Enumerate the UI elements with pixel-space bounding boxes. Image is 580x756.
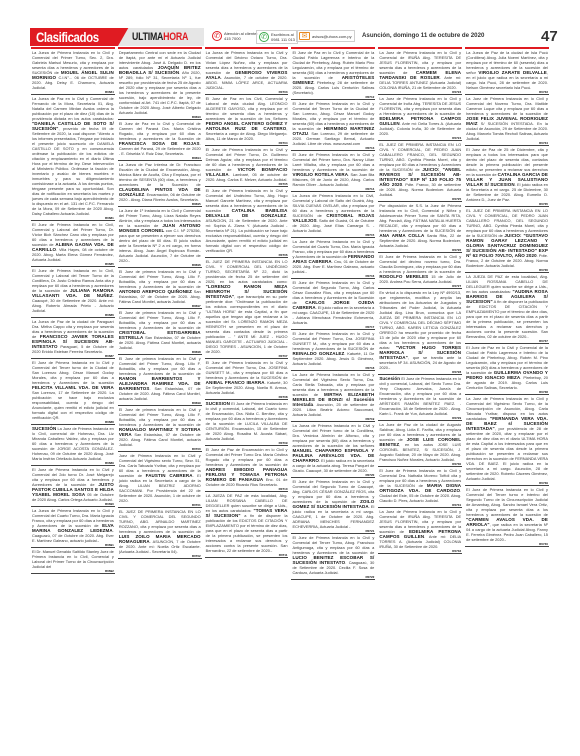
notice-reference: R0685 [32, 262, 114, 266]
contact-whatsapp: ✆ Escribinos al0981 111 013 [256, 30, 298, 44]
notice-text: EL JUEZ DE PRIMERA INSTANCIA EN LO CIVIL… [206, 259, 288, 284]
notice-reference: R0695 [119, 202, 201, 206]
notice-text: El Juez de primera Instancia en lo Civil… [119, 356, 201, 376]
classified-column-5: La Juez de Primera Instancia en lo Civil… [378, 47, 462, 749]
notice-text: El Juez de primera Instancia en lo Civil… [119, 310, 201, 330]
legal-notice: La Juez de Primera Instancia en lo Civil… [291, 238, 375, 279]
notice-reference: R0706 [206, 253, 288, 257]
notice-text: El Juez de Primera Instancia en lo Civil… [292, 152, 374, 172]
legal-notice: SUCESIÓN La Juez de Primera Instancia en… [31, 425, 115, 466]
notice-reference: R0739 [466, 481, 548, 485]
notice-reference: R0684 [32, 90, 114, 94]
legal-notice: La Juez de 1º Instancia en lo Civil y Co… [118, 207, 202, 268]
notice-text: con C.I. Nº 275256, para que se presente… [119, 228, 201, 263]
legal-notice: El Juez de Primera Instancia en lo Civil… [465, 486, 549, 547]
notice-text: El Juez de Paz de Encarnación en lo Civi… [206, 447, 288, 467]
notice-text: El Juez de primera Instancia en lo Civil… [119, 269, 201, 289]
notice-reference: R0687 [32, 354, 114, 358]
legal-notice: Por disposición de S.S. la Juez de Prime… [378, 202, 462, 253]
legal-notice: Juez de Primera Instancia en lo Civil y … [118, 452, 202, 508]
legal-notice: El Juez de Primera Instancia en lo Civil… [205, 359, 289, 400]
page-number: 47 [541, 28, 558, 45]
notice-reference: R0709 [206, 441, 288, 445]
phone-icon: ✆ [212, 31, 222, 41]
classified-column-6: La Jueza de Paz de la ciudad de Isla Puc… [465, 47, 549, 749]
notice-text: . El juicio radica en la Secretaría a ca… [119, 473, 201, 503]
notice-text: En virtud a lo dispuesto en la Ley Nº 49… [379, 290, 461, 350]
legal-notice: El Juez de Paz en lo Civil y Comercial d… [118, 120, 202, 161]
legal-notice: SUCESION El Juez de Primera Instancia en… [205, 400, 289, 446]
legal-notice: El Juez de Paz de Encarnación en lo Civi… [205, 446, 289, 492]
notice-reference: R0721 [292, 529, 374, 533]
legal-notice: El Juez de Paz en los Civil, Comercial y… [205, 95, 289, 146]
notice-text: , por providencia de 28 de setiembre de … [466, 426, 548, 481]
notice-text: El Juez de Primera Instancia en lo civil… [379, 376, 461, 416]
notice-reference: R0732 [379, 549, 461, 553]
notice-text: a fin de disponer la publicación de los … [206, 513, 288, 553]
notice-text: S/ SUCESIÓN INTESTADA. En la ciudad de A… [466, 121, 548, 141]
notice-reference: R0728 [379, 370, 461, 374]
legal-notice: La Jueza de Primera Instancia en lo Civi… [31, 49, 115, 95]
legal-notice: En virtud a lo dispuesto en la Ley Nº 49… [378, 289, 462, 375]
notice-reference: R0708 [206, 395, 288, 399]
notice-text: La Jueza de Primera Instancia en lo Civi… [292, 423, 374, 448]
notice-reference: R0726 [379, 248, 461, 252]
mail-icon: ✉ [299, 32, 310, 40]
legal-notice: El Juez de Primera Instancia en lo Civil… [378, 467, 462, 508]
notice-reference: R0736 [466, 268, 548, 272]
notice-reference: R0734 [466, 141, 548, 145]
dateline: Asunción, domingo 11 de octubre de 2020 [362, 32, 484, 39]
notice-text: La Juez de Primera Instancia en lo Civil… [379, 96, 461, 116]
notice-reference: R0693 [119, 115, 201, 119]
notice-reference: R0691 [32, 543, 114, 547]
notice-reference: R0719 [292, 417, 374, 421]
notice-reference: R0707 [206, 354, 288, 358]
legal-notice: EL JUEZ DE PRIMERA INSTANCIA EN LO CIVIL… [378, 141, 462, 202]
notice-reference: R0717 [292, 325, 374, 329]
notice-reference: R0681 [32, 216, 114, 220]
legal-notice: El Juez de primera Instancia en lo Civil… [118, 309, 202, 355]
legal-notice: La Jueza de Primera Instancia en lo Civi… [205, 49, 289, 95]
notice-reference: R0723 [379, 90, 461, 94]
legal-notice: El Juez de Primera Instancia en lo Civil… [31, 359, 115, 425]
notice-reference: R0699 [119, 401, 201, 405]
legal-notice: Sucesión El Juez de Primera Instancia en… [378, 375, 462, 421]
notice-reference: R0703 [206, 90, 288, 94]
notice-reference: R0698 [119, 350, 201, 354]
notice-reference: R0689 [32, 461, 114, 465]
notice-reference: R0692 [32, 569, 114, 573]
notice-text: El Juez de Primera Instancia en lo Civil… [292, 535, 374, 555]
notice-reference: R0700 [119, 447, 201, 451]
notice-reference: R0696 [119, 263, 201, 267]
legal-notice: El Juez de Primera Instancia en lo Civil… [291, 534, 375, 580]
legal-notice: La Juez de Primera Instancia en lo Civil… [378, 95, 462, 141]
notice-text: El Juez de Primera Instancia en lo Civil… [32, 360, 114, 385]
classifieds-columns: La Jueza de Primera Instancia en lo Civi… [31, 47, 549, 749]
notice-reference: R0716 [292, 274, 374, 278]
notice-reference: R0704 [206, 141, 288, 145]
notice-reference: R0712 [292, 95, 374, 99]
legal-notice: La Jueza de Paz de la ciudad de Isla Puc… [465, 49, 549, 95]
classified-column-2: Departamento Central con sede en la Ciud… [118, 47, 202, 749]
legal-notice: El Juez de Primera Instancia en lo Civil… [291, 330, 375, 371]
legal-notice: El Juez de primera Instancia en lo Civil… [118, 268, 202, 309]
legal-notice: El Juez de Primera Instancia en lo Civil… [291, 478, 375, 534]
notice-reference: R0724 [379, 136, 461, 140]
notice-reference: R0731 [379, 503, 461, 507]
contact-phone: ✆ Atención al cliente:415 7000 [212, 31, 258, 41]
contact-email: ✉ avisos@uhora.com.py [296, 30, 355, 42]
logo-primary: ULTIMA [132, 31, 163, 43]
legal-notice: La Jueza de Paz Interina de Dr. Francisc… [118, 161, 202, 207]
notice-text: EL JUEZ DE PRIMERA INSTANCIA EN LO CIVIL… [119, 509, 201, 534]
notice-reference: R0729 [379, 416, 461, 420]
notice-text: San Lorenzo, 17 de Setiembre de 2020. La… [32, 390, 114, 420]
notice-name: PEDRO ANGEL CANTERO GÓMEZ Y ANTOLINA RUI… [206, 121, 288, 131]
notice-reference: R0740 [466, 542, 548, 546]
notice-text: El Juez de Paz en los Civil, Comercial y… [206, 96, 288, 121]
classified-column-1: La Jueza de Primera Instancia en lo Civi… [31, 47, 115, 749]
notice-reference: R0710 [206, 487, 288, 491]
notice-reference: R0738 [466, 390, 548, 394]
notice-reference: R0730 [379, 462, 461, 466]
notice-text: La Jueza de Paz Interina de Dr. Francisc… [119, 162, 201, 187]
notice-reference: R0702 [119, 554, 201, 558]
notice-text: San Estanislao, 07 de Octubre de 2020. A… [119, 432, 201, 447]
notice-reference: R0688 [32, 420, 114, 424]
notice-text: El Juez de Primera Instancia en lo Civil… [292, 331, 374, 351]
legal-notice: La Juez de Primera Instancia en lo Civil… [465, 395, 549, 486]
legal-notice: El Juez de Primera Instancia en lo Civil… [31, 267, 115, 318]
notice-reference: R0705 [206, 182, 288, 186]
legal-notice: LA JUEZA DE PAZ de esta localidad, Abg. … [465, 273, 549, 344]
legal-notice: El Juez de Paz de 25 de Diciembre, cita … [465, 146, 549, 207]
notice-text: La Juez de Primera Instancia en lo Civil… [466, 96, 548, 116]
legal-notice: El Juez de Primera Instancia en lo Civil… [205, 187, 289, 258]
legal-notice: El Dr. Manuel Genaldo Saltildo Stanley J… [31, 548, 115, 574]
notice-reference: R0713 [292, 146, 374, 150]
notice-text: La Juez de Primera Instancia en lo Civil… [32, 426, 114, 461]
legal-notice: El Juez de Primera Instancia en lo Civil… [205, 146, 289, 187]
legal-notice: El Juez de Primera Instancia en lo Civil… [31, 221, 115, 267]
legal-notice: La Jueza de Primera Instancia en lo Civi… [291, 192, 375, 238]
classified-column-3: La Jueza de Primera Instancia en lo Civi… [205, 47, 289, 749]
notice-reference: R0733 [466, 90, 548, 94]
notice-text: . ASUNCION, 21 de Setiembre de 2020. Ant… [206, 213, 288, 253]
legal-notice: El Juez de Primera Instancia en lo Civil… [291, 151, 375, 192]
notice-reference: R0711 [206, 553, 288, 557]
legal-notice: EL JUEZ DE PRIMERA INSTANCIA EN LO CIVIL… [118, 508, 202, 559]
legal-notice: El Juez de primera Instancia en lo Civil… [118, 355, 202, 406]
notice-reference: R0715 [292, 233, 374, 237]
legal-notice: LA JUEZA DE PAZ de esta localidad, Abg. … [205, 492, 289, 558]
notice-text: El Juez de Primera Instancia en lo Civil… [466, 487, 548, 517]
section-title: Clasificados [36, 29, 99, 45]
notice-text: A fin de disponer la publicación de EDIC… [466, 299, 548, 339]
legal-notice: La Juez de Primera Instancia en lo Civil… [465, 95, 549, 146]
classified-column-4: El Juez de Paz en lo Civil y Comercial d… [291, 47, 375, 749]
notice-text: El Juez de Paz en lo Civil y Comercial d… [119, 121, 201, 141]
notice-text: , proveído de fecha 09 de Setiembre de 2… [32, 126, 114, 216]
legal-notice: El Juez de Paz en lo Civil y Comercial d… [291, 49, 375, 100]
notice-text: . Año 2020, Nº 289, folio Nº 31, Secreta… [119, 70, 201, 115]
legal-notice: EL JUEZ DE PRIMERA INSTANCIA EN LO CIVIL… [205, 258, 289, 359]
notice-text: La Jueza de Paz en lo Civil y Comercial … [32, 96, 114, 121]
legal-notice: El Juez de primera Instancia en lo Civil… [118, 406, 202, 452]
notice-reference: R0727 [379, 284, 461, 288]
notice-reference: R0714 [292, 187, 374, 191]
notice-text: El Juez de Primera Instancia en lo civil… [206, 401, 288, 441]
legal-notice: La Juez de Paz de la ciudad de Augusto S… [378, 421, 462, 467]
notice-reference: R0718 [292, 366, 374, 370]
logo-accent: HORA [163, 31, 188, 43]
notice-reference: R0701 [119, 503, 201, 507]
notice-reference: R0690 [32, 502, 114, 506]
notice-reference: R0722 [292, 575, 374, 579]
legal-notice: El Juez de Primera Instancia en lo Civil… [291, 100, 375, 151]
whatsapp-icon: ✆ [259, 32, 269, 42]
legal-notice: La Juez de Primera Instancia en lo Civil… [378, 508, 462, 554]
notice-text: Por disposición de S.S. la Juez de Prime… [379, 203, 461, 233]
legal-notice: La Jueza de Paz de la ciudad de Paraguar… [31, 318, 115, 359]
notice-reference: R0720 [292, 473, 374, 477]
notice-text: El Dr. Manuel Genaldo Saltildo Stanley J… [32, 549, 114, 569]
section-title-banner: Clasificados [30, 28, 132, 46]
legal-notice: La Jueza de Paz en lo Civil y Comercial … [31, 95, 115, 221]
notice-reference: R0737 [466, 339, 548, 343]
legal-notice: La Jueza de Primera Instancia en lo Civi… [31, 507, 115, 548]
legal-notice: El Juez de Primera Instancia en lo Civil… [378, 253, 462, 289]
notice-reference: R0735 [466, 202, 548, 206]
legal-notice: EL JUEZ DE PRIMERA INSTANCIA EN LO CIVIL… [465, 207, 549, 273]
notice-text: El Juez de Primera Instancia en lo Civil… [206, 360, 288, 380]
notice-text: El Juez de primera Instancia en lo Civil… [119, 407, 201, 427]
notice-reference: R0694 [119, 156, 201, 160]
notice-text: , que transcripta en su parte pertinente… [206, 294, 288, 354]
notice-reference: R0686 [32, 313, 114, 317]
newspaper-logo: ULTIMAHORA [118, 28, 204, 46]
legal-notice: Departamento Central con sede en la Ciud… [118, 49, 202, 120]
legal-notice: La Juez de Primera Instancia en lo Civil… [291, 371, 375, 422]
notice-reference: R0697 [119, 304, 201, 308]
page-header: Clasificados ULTIMAHORA ✆ Atención al cl… [0, 28, 580, 46]
legal-notice: La Juez de Primera Instancia en lo Civil… [378, 49, 462, 95]
legal-notice: El Juez de Primera Instancia en lo Civil… [31, 466, 115, 507]
notice-text: El Juez de Primera Instancia en lo Civil… [379, 254, 461, 274]
legal-notice: El Juez de Paz en lo Civil y Comercial d… [465, 344, 549, 395]
legal-notice: El Juez de Primera Instancia en lo Civil… [291, 279, 375, 330]
legal-notice: La Jueza de Primera Instancia en lo Civi… [291, 422, 375, 478]
notice-reference: R0725 [379, 197, 461, 201]
